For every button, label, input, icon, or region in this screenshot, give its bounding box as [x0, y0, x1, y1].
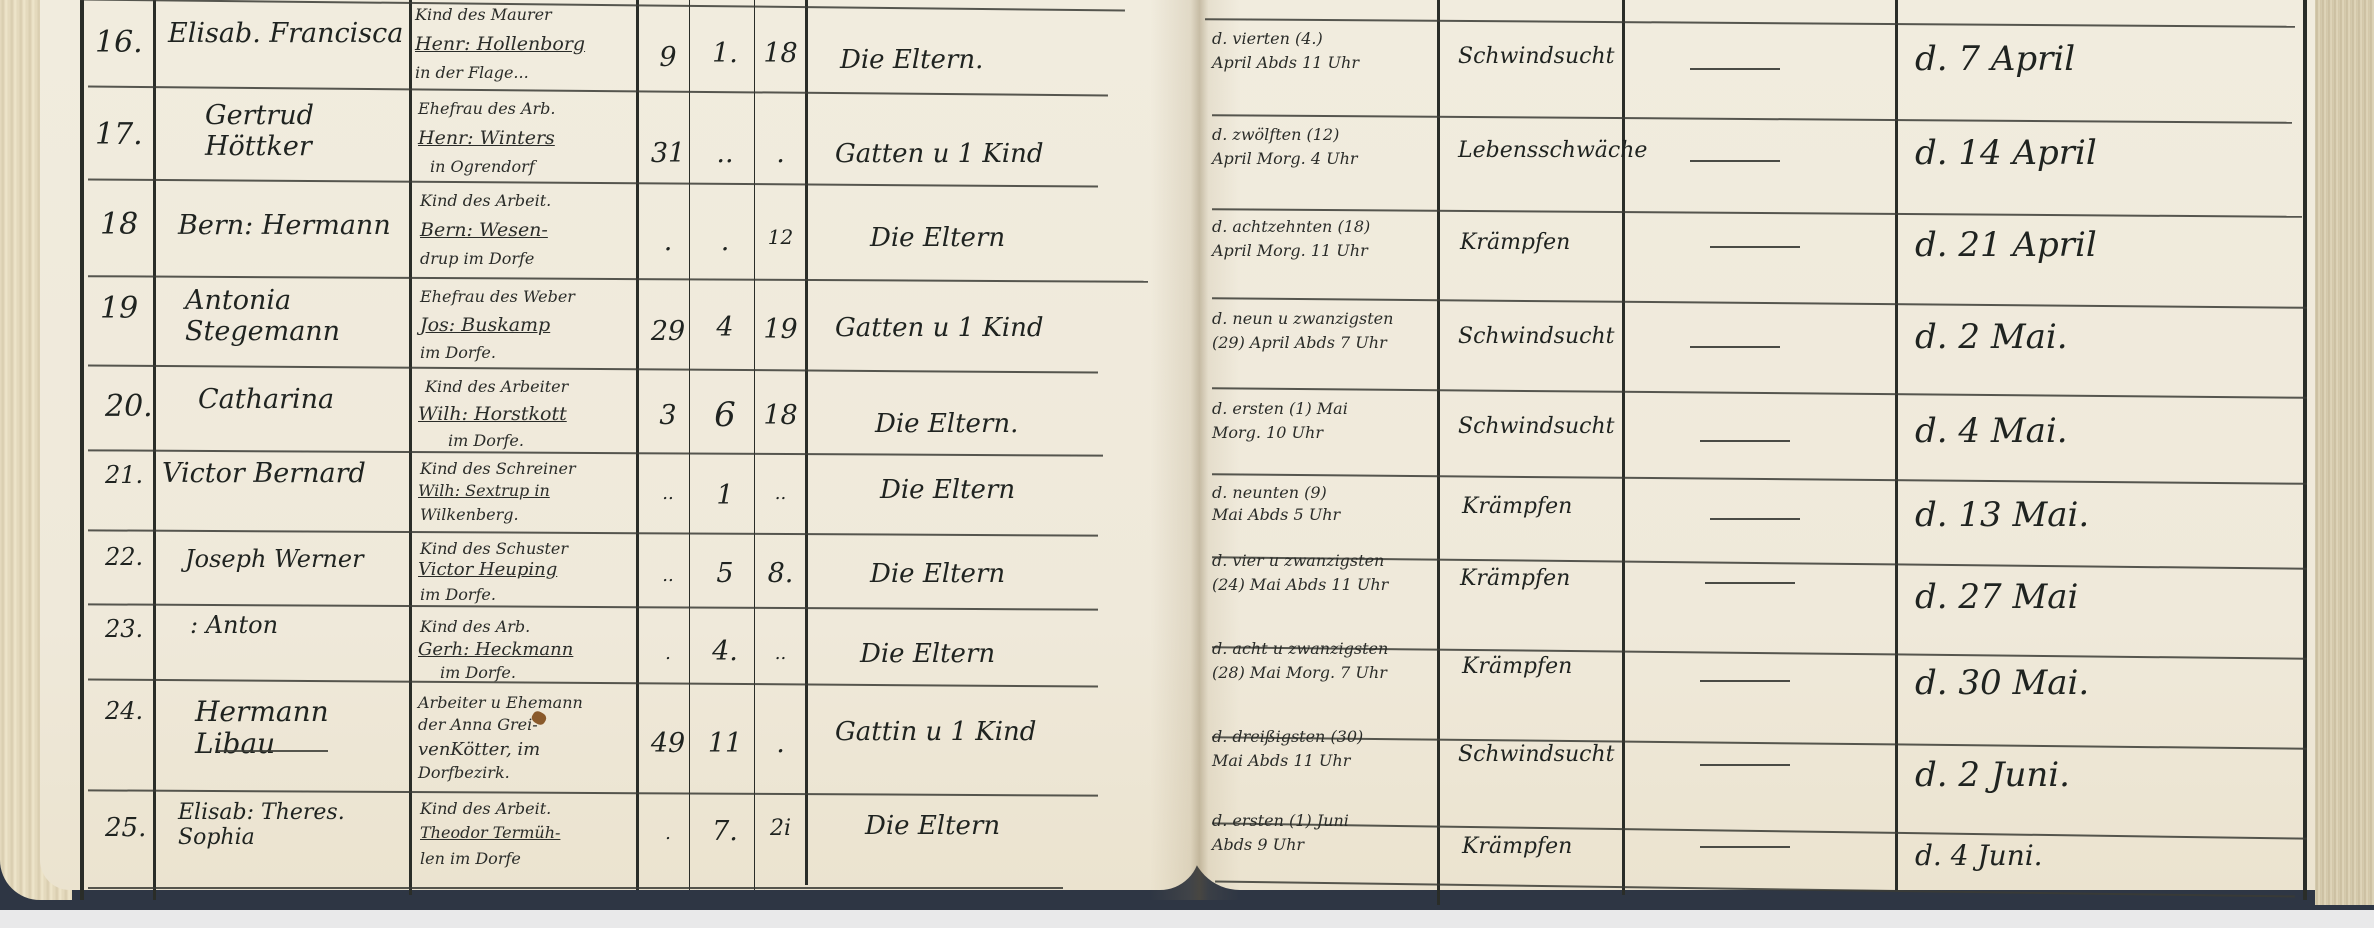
deceased-name: Antonia Stegemann — [185, 285, 315, 347]
entry-number: 22. — [105, 544, 143, 572]
burial-date: d. 4 Juni. — [1915, 840, 2043, 872]
parent-desc-line3: Wilkenberg. — [420, 506, 519, 524]
death-date-line2: Mai Abds 11 Uhr — [1212, 752, 1350, 770]
burial-date: d. 14 April — [1915, 134, 2097, 173]
deceased-name: Victor Bernard — [162, 458, 366, 489]
parent-desc-line3: len im Dorfe — [420, 850, 521, 868]
col-rule-desc — [636, 0, 639, 890]
age-months: 4. — [700, 636, 750, 667]
age-days: 8. — [758, 558, 803, 589]
death-date-line2: Morg. 10 Uhr — [1212, 424, 1323, 442]
parent-desc-line3: im Dorfe. — [420, 344, 496, 362]
deceased-name: Elisab. Francisca — [168, 18, 403, 49]
parent-desc-line1: Kind des Arbeiter — [425, 378, 568, 396]
age-years: . — [648, 824, 688, 845]
burial-date: d. 13 Mai. — [1915, 496, 2089, 535]
parent-desc-line2: Henr: Winters — [418, 128, 555, 150]
age-months: 1 — [700, 480, 750, 511]
cause-of-death: Schwindsucht — [1458, 44, 1614, 69]
parent-desc-line3: drup im Dorfe — [420, 250, 534, 268]
deceased-name: Bern: Hermann — [178, 210, 391, 241]
parent-desc-line1: Kind des Schuster — [420, 540, 568, 558]
parent-desc-line2-text: Wilh: Sextrup in — [418, 481, 550, 500]
survivors: Gatten u 1 Kind — [835, 140, 1044, 170]
parent-desc-line2-text: Victor Heuping — [418, 559, 557, 580]
cause-of-death: Krämpfen — [1462, 494, 1572, 519]
age-months: 6 — [700, 396, 750, 435]
parent-desc-line2-text: Henr: Winters — [418, 127, 555, 149]
age-days: 18 — [758, 400, 803, 431]
parent-desc-line2: Theodor Termüh- — [420, 824, 560, 842]
age-days: 2i — [758, 816, 803, 841]
cause-of-death: Lebensschwäche — [1458, 138, 1647, 163]
age-months: . — [700, 226, 750, 257]
entry-number: 17. — [95, 118, 143, 153]
survivors: Gattin u 1 Kind — [835, 718, 1036, 748]
cause-of-death: Schwindsucht — [1458, 414, 1614, 439]
entry-number: 25. — [105, 814, 146, 844]
parent-desc-line3: in der Flage... — [415, 64, 529, 82]
deceased-name: Gertrud Höttker — [205, 100, 345, 162]
death-date-line1: d. vier u zwanzigsten — [1212, 552, 1384, 570]
death-date-line1: d. ersten (1) Mai — [1212, 400, 1348, 418]
survivors: Gatten u 1 Kind — [835, 314, 1044, 344]
survivors: Die Eltern — [860, 640, 995, 670]
cause-of-death: Krämpfen — [1460, 230, 1570, 255]
col-rule-death — [1437, 0, 1440, 905]
parent-desc-line2-text: Jos: Buskamp — [420, 314, 550, 336]
parent-desc-line2: Gerh: Heckmann — [418, 640, 573, 661]
parent-desc-line3: in Ogrendorf — [430, 158, 535, 176]
survivors: Die Eltern — [870, 560, 1005, 590]
parent-desc-line1: Kind des Maurer — [415, 6, 552, 24]
cause-of-death: Krämpfen — [1460, 566, 1570, 591]
deceased-name: : Anton — [190, 612, 278, 640]
death-date-line1: d. ersten (1) Juni — [1212, 812, 1349, 830]
age-days: . — [758, 728, 803, 759]
parent-desc-line4: Dorfbezirk. — [418, 764, 510, 782]
death-date-line2: April Morg. 11 Uhr — [1212, 242, 1368, 260]
parent-desc-line2: Bern: Wesen- — [420, 220, 548, 242]
parent-desc-line1: Arbeiter u Ehemann — [418, 694, 583, 712]
burial-date: d. 30 Mai. — [1915, 664, 2089, 703]
parent-desc-line2-text: Theodor Termüh- — [420, 823, 560, 842]
col-rule-note — [1895, 0, 1898, 890]
survivors: Die Eltern — [880, 476, 1015, 506]
col-rule-years — [689, 0, 690, 890]
age-days: 12 — [758, 226, 803, 249]
col-rule-days — [805, 0, 808, 885]
death-date-line1: d. achtzehnten (18) — [1212, 218, 1370, 236]
parent-desc-line2: Henr: Hollenborg — [415, 34, 585, 56]
burial-date: d. 2 Mai. — [1915, 318, 2068, 357]
age-years: . — [648, 226, 688, 257]
empty-note-dash — [1705, 582, 1795, 584]
age-years: .. — [648, 566, 688, 587]
death-date-line1: d. dreißigsten (30) — [1212, 728, 1363, 746]
empty-note-dash — [1710, 518, 1800, 520]
entry-number: 20. — [105, 390, 153, 425]
parent-desc-line1: Kind des Schreiner — [420, 460, 576, 478]
deceased-name: Elisab: Theres. Sophia — [178, 800, 398, 851]
death-date-line2: (24) Mai Abds 11 Uhr — [1212, 576, 1388, 594]
row-rule — [88, 887, 1063, 889]
parent-desc-line1: Kind des Arb. — [420, 618, 530, 636]
parent-desc-line2-text: Bern: Wesen- — [420, 219, 548, 241]
age-days: 18 — [758, 38, 803, 69]
death-date-line1: d. acht u zwanzigsten — [1212, 640, 1388, 658]
deceased-name: Joseph Werner — [185, 546, 364, 574]
parent-desc-line2: der Anna Grei- — [418, 716, 538, 734]
age-days: .. — [758, 644, 803, 665]
parent-desc-line3: im Dorfe. — [420, 586, 496, 604]
death-date-line1: d. neunten (9) — [1212, 484, 1327, 502]
age-months: 1. — [700, 38, 750, 69]
age-months: 4 — [700, 312, 750, 343]
age-months: 11 — [700, 728, 750, 759]
parent-desc-line3: venKötter, im — [418, 740, 540, 761]
age-months: 7. — [700, 816, 750, 847]
death-date-line2: Abds 9 Uhr — [1212, 836, 1304, 854]
name-underline — [218, 750, 328, 752]
age-years: 31 — [648, 138, 688, 169]
burial-date: d. 4 Mai. — [1915, 412, 2068, 451]
empty-note-dash — [1700, 764, 1790, 766]
empty-note-dash — [1710, 246, 1800, 248]
empty-note-dash — [1690, 160, 1780, 162]
age-years: .. — [648, 484, 688, 505]
burial-date: d. 27 Mai — [1915, 578, 2078, 617]
survivors: Die Eltern — [865, 812, 1000, 842]
survivors: Die Eltern. — [875, 410, 1018, 440]
empty-note-dash — [1690, 346, 1780, 348]
empty-note-dash — [1700, 440, 1790, 442]
empty-note-dash — [1700, 846, 1790, 848]
parent-desc-line1: Ehefrau des Weber — [420, 288, 575, 306]
parent-desc-line1: Kind des Arbeit. — [420, 800, 551, 818]
parent-desc-line3: im Dorfe. — [440, 664, 516, 682]
age-days: .. — [758, 484, 803, 505]
entry-number: 18 — [100, 208, 138, 243]
right-page — [1190, 0, 2330, 890]
death-date-line2: Mai Abds 5 Uhr — [1212, 506, 1340, 524]
col-rule-months — [754, 0, 755, 890]
entry-number: 23. — [105, 616, 143, 644]
parent-desc-line2: Jos: Buskamp — [420, 315, 550, 337]
death-date-line1: d. neun u zwanzigsten — [1212, 310, 1393, 328]
survivors: Die Eltern. — [840, 46, 983, 76]
parent-desc-line1: Kind des Arbeit. — [420, 192, 551, 210]
death-date-line2: (28) Mai Morg. 7 Uhr — [1212, 664, 1387, 682]
parent-desc-line2: Wilh: Sextrup in — [418, 482, 550, 500]
right-page-edges — [2315, 0, 2374, 905]
cause-of-death: Krämpfen — [1462, 834, 1572, 859]
cause-of-death: Schwindsucht — [1458, 324, 1614, 349]
burial-date: d. 21 April — [1915, 226, 2097, 265]
death-date-line2: April Morg. 4 Uhr — [1212, 150, 1358, 168]
death-date-line2: (29) April Abds 7 Uhr — [1212, 334, 1387, 352]
burial-date: d. 7 April — [1915, 40, 2075, 79]
entry-number: 16. — [95, 26, 143, 61]
empty-note-dash — [1700, 680, 1790, 682]
cause-of-death: Schwindsucht — [1458, 742, 1614, 767]
parent-desc-line2: Wilh: Horstkott — [418, 404, 567, 426]
entry-number: 19 — [100, 292, 138, 327]
death-date-line1: d. zwölften (12) — [1212, 126, 1339, 144]
survivors: Die Eltern — [870, 224, 1005, 254]
age-days: 19 — [758, 314, 803, 345]
entry-number: 24. — [105, 698, 143, 726]
death-date-line1: d. vierten (4.) — [1212, 30, 1323, 48]
death-date-line2: April Abds 11 Uhr — [1212, 54, 1359, 72]
age-years: 49 — [648, 728, 688, 759]
parent-desc-line2-text: Gerh: Heckmann — [418, 639, 573, 660]
cause-of-death: Krämpfen — [1462, 654, 1572, 679]
empty-note-dash — [1690, 68, 1780, 70]
age-years: 29 — [648, 316, 688, 347]
age-years: 3 — [648, 400, 688, 431]
age-days: . — [758, 138, 803, 169]
right-border-rule — [2303, 0, 2307, 900]
parent-desc-line3: im Dorfe. — [448, 432, 524, 450]
age-months: .. — [700, 138, 750, 169]
parent-desc-line1: Ehefrau des Arb. — [418, 100, 556, 118]
parent-desc-line2-text: Wilh: Horstkott — [418, 403, 567, 425]
parent-desc-line2-text: Henr: Hollenborg — [415, 33, 585, 55]
entry-number: 21. — [105, 462, 143, 490]
col-rule-name — [409, 0, 412, 895]
col-rule-cause — [1622, 0, 1625, 895]
age-years: 9 — [648, 42, 688, 73]
burial-date: d. 2 Juni. — [1915, 756, 2070, 795]
age-months: 5 — [700, 558, 750, 589]
parent-desc-line2: Victor Heuping — [418, 560, 557, 581]
deceased-name: Catharina — [198, 384, 334, 415]
age-years: . — [648, 644, 688, 665]
left-border-rule — [80, 0, 84, 900]
